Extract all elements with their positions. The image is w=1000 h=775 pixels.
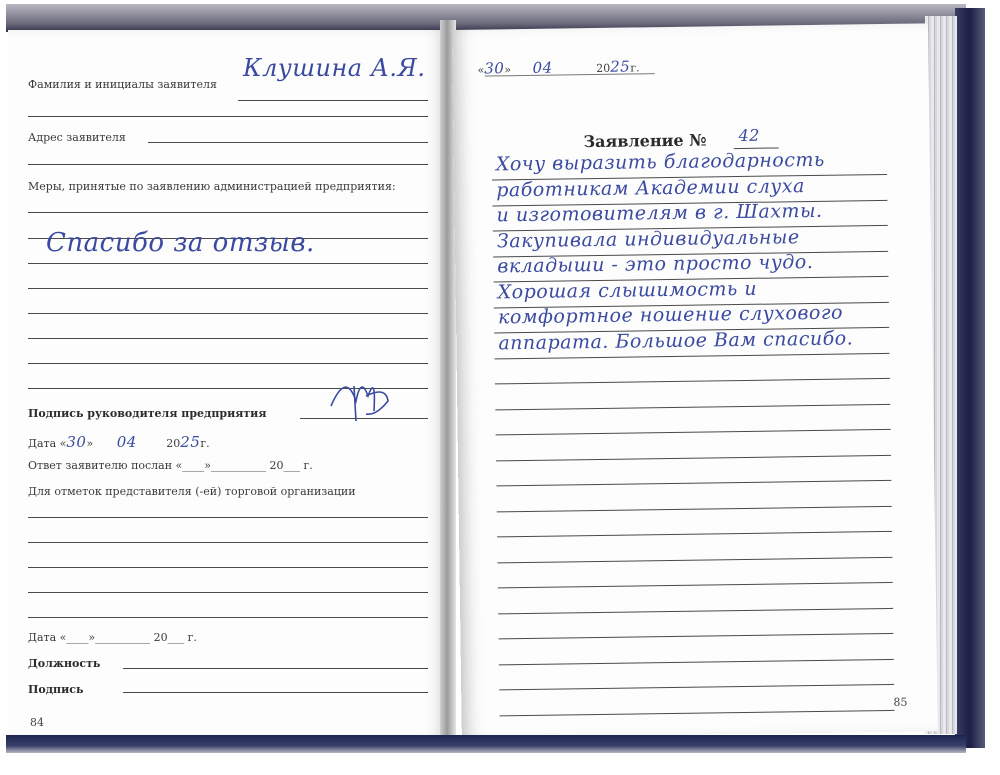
measures-handwritten: Спасибо за отзыв.	[46, 228, 315, 258]
form-line	[28, 313, 428, 314]
rep-marks-label: Для отметок представителя (-ей) торговой…	[28, 485, 356, 498]
statement-line	[498, 633, 893, 640]
form-line	[28, 363, 428, 364]
measures-label: Меры, принятые по заявлению администраци…	[28, 180, 396, 193]
form-line	[28, 263, 428, 264]
statement-handwritten-line: аппарата. Большое Вам спасибо.	[498, 327, 853, 354]
form-line	[28, 517, 428, 518]
statement-number: 42	[738, 126, 760, 145]
statement-line	[498, 582, 893, 589]
form-line	[28, 164, 428, 165]
left-page: Фамилия и инициалы заявителя Клушина А.Я…	[8, 30, 448, 738]
statement-line	[498, 607, 893, 614]
right-page: «30» 04 2025г. Заявление № 42 Хочу выраз…	[452, 23, 938, 738]
statement-line	[497, 505, 892, 512]
book-cover-bottom	[6, 735, 966, 753]
statement-handwritten-line: комфортное ношение слухового	[498, 302, 843, 329]
date-label: Дата «30» 04 2025г.	[28, 433, 210, 451]
statement-line	[497, 531, 892, 538]
statement-line	[495, 403, 890, 410]
form-line	[28, 212, 428, 213]
address-line	[148, 142, 428, 143]
applicant-name-label: Фамилия и инициалы заявителя	[28, 78, 217, 91]
form-line	[28, 338, 428, 339]
statement-line	[499, 684, 894, 691]
page-number-left: 84	[30, 716, 44, 729]
statement-line	[500, 709, 895, 716]
rep-date-label: Дата «____»__________ 20___ г.	[28, 631, 197, 644]
form-line	[28, 617, 428, 618]
applicant-name-line	[238, 100, 428, 101]
position-label: Должность	[28, 657, 100, 670]
statement-line	[496, 429, 891, 436]
applicant-name-handwritten: Клушина А.Я.	[243, 54, 426, 82]
statement-line	[499, 658, 894, 665]
signature-line	[123, 692, 428, 693]
statement-handwritten-line: Закупивала индивидуальные	[497, 226, 800, 252]
statement-handwritten-line: и изготовителям в г. Шахты.	[496, 200, 822, 227]
signature-label: Подпись	[28, 683, 83, 696]
statement-line	[496, 480, 891, 487]
form-line	[28, 116, 428, 117]
position-line	[123, 668, 428, 669]
statement-line	[495, 378, 890, 385]
manager-signature-label: Подпись руководителя предприятия	[28, 407, 266, 420]
reply-sent-label: Ответ заявителю послан «____»__________ …	[28, 459, 313, 472]
statement-line	[495, 352, 890, 359]
address-label: Адрес заявителя	[28, 131, 126, 144]
book-cover-right	[955, 8, 985, 748]
form-line	[28, 592, 428, 593]
statement-line	[496, 454, 891, 461]
statement-line	[497, 556, 892, 563]
statement-handwritten-line: Хочу выразить благодарность	[496, 149, 825, 176]
page-number-right: 85	[893, 696, 907, 709]
statement-handwritten-line: Хорошая слышимость и	[498, 277, 758, 303]
statement-handwritten-line: работникам Академии слуха	[496, 175, 805, 201]
statement-handwritten-line: вкладыши - это просто чудо.	[497, 251, 813, 277]
form-line	[28, 542, 428, 543]
form-line	[28, 567, 428, 568]
manager-signature-scribble	[326, 366, 396, 426]
statement-title: Заявление №	[583, 130, 706, 151]
form-line	[28, 288, 428, 289]
